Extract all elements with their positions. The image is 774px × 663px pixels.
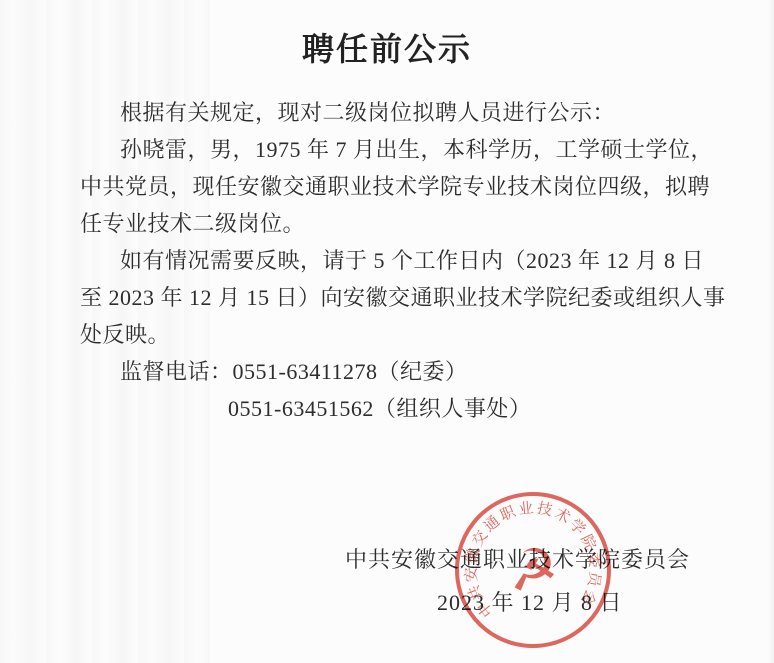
supervision-phone-line: 监督电话：0551-63411278（纪委） (80, 353, 712, 390)
body-line: 根据有关规定，现对二级岗位拟聘人员进行公示： (80, 94, 712, 131)
issuer-signature: 中共安徽交通职业技术学院委员会 (345, 543, 690, 574)
body-line: 任专业技术二级岗位。 (80, 205, 712, 242)
issue-date: 2023 年 12 月 8 日 (437, 586, 623, 617)
scanned-notice-page: 聘任前公示 根据有关规定，现对二级岗位拟聘人员进行公示： 孙晓雷，男，1975 … (0, 0, 774, 663)
body-line: 孙晓雷，男，1975 年 7 月出生，本科学历，工学硕士学位， (80, 131, 712, 168)
body-line: 如有情况需要反映，请于 5 个工作日内（2023 年 12 月 8 日 (80, 242, 712, 279)
body-line: 中共党员，现任安徽交通职业技术学院专业技术岗位四级，拟聘 (80, 168, 712, 205)
notice-body: 根据有关规定，现对二级岗位拟聘人员进行公示： 孙晓雷，男，1975 年 7 月出… (80, 94, 712, 427)
body-line: 至 2023 年 12 月 15 日）向安徽交通职业技术学院纪委或组织人事 (80, 279, 712, 316)
body-line: 处反映。 (80, 316, 712, 353)
supervision-phone-line-2: 0551-63451562（组织人事处） (80, 390, 712, 427)
notice-title: 聘任前公示 (0, 24, 774, 70)
